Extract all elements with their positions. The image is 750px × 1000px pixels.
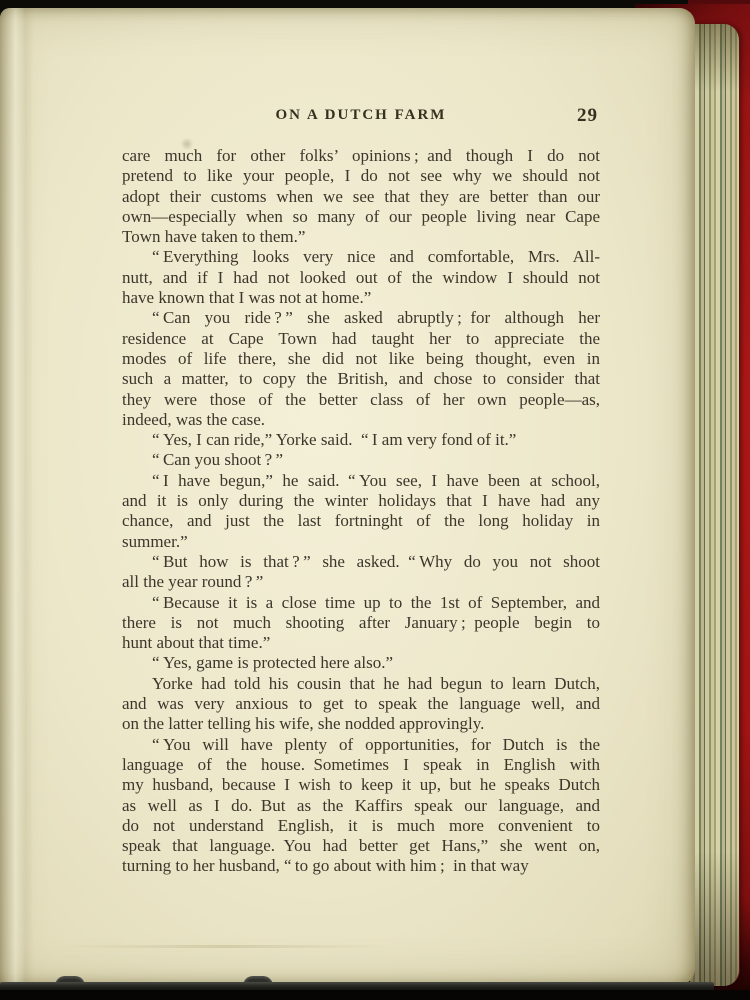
page-stack-fore-edge <box>690 24 740 986</box>
paragraph: “ Yes, game is protected here also.” <box>122 653 600 673</box>
text-line: “ Because it is a close time up to the 1… <box>122 593 600 613</box>
text-line: “ Can you shoot ? ” <box>122 450 600 470</box>
text-line: and was very anxious to get to speak the… <box>122 694 600 714</box>
text-line: speak that language. You had better get … <box>122 836 600 856</box>
text-line: adopt their customs when we see that the… <box>122 187 600 207</box>
text-line: have known that I was not at home.” <box>122 288 600 308</box>
text-line: language of the house. Sometimes I speak… <box>122 755 600 775</box>
paragraph: “ Because it is a close time up to the 1… <box>122 593 600 654</box>
text-line: own—especially when so many of our peopl… <box>122 207 600 227</box>
text-line: “ Yes, I can ride,” Yorke said. “ I am v… <box>122 430 600 450</box>
text-line: as well as I do. But as the Kaffirs spea… <box>122 796 600 816</box>
paragraph: care much for other folks’ opinions ; an… <box>122 146 600 247</box>
scanner-bed <box>0 990 750 1000</box>
text-line: Town have taken to them.” <box>122 227 600 247</box>
text-line: they were those of the better class of h… <box>122 390 600 410</box>
paragraph: “ I have begun,” he said. “ You see, I h… <box>122 471 600 552</box>
running-head-title: ON A DUTCH FARM <box>122 107 600 124</box>
paragraph: “ Yes, I can ride,” Yorke said. “ I am v… <box>122 430 600 450</box>
text-line: my husband, because I wish to keep it up… <box>122 775 600 795</box>
paragraph: “ You will have plenty of opportunities,… <box>122 735 600 877</box>
page-number: 29 <box>577 105 598 127</box>
text-line: summer.” <box>122 532 600 552</box>
paragraph: “ But how is that ? ” she asked. “ Why d… <box>122 552 600 593</box>
text-line: “ I have begun,” he said. “ You see, I h… <box>122 471 600 491</box>
text-line: “ Everything looks very nice and comfort… <box>122 247 600 267</box>
text-line: and it is only during the winter holiday… <box>122 491 600 511</box>
text-line: care much for other folks’ opinions ; an… <box>122 146 600 166</box>
text-line: “ Can you ride ? ” she asked abruptly ; … <box>122 308 600 328</box>
text-line: pretend to like your people, I do not se… <box>122 166 600 186</box>
text-line: Yorke had told his cousin that he had be… <box>122 674 600 694</box>
text-line: on the latter telling his wife, she nodd… <box>122 714 600 734</box>
text-line: chance, and just the last fortninght of … <box>122 511 600 531</box>
text-line: turning to her husband, “ to go about wi… <box>122 856 600 876</box>
running-head: ON A DUTCH FARM 29 <box>122 107 600 131</box>
text-line: “ Yes, game is protected here also.” <box>122 653 600 673</box>
text-line: all the year round ? ” <box>122 572 600 592</box>
text-line: hunt about that time.” <box>122 633 600 653</box>
text-line: there is not much shooting after January… <box>122 613 600 633</box>
text-block: care much for other folks’ opinions ; an… <box>122 146 600 877</box>
text-line: such a matter, to copy the British, and … <box>122 369 600 389</box>
paragraph: “ Can you ride ? ” she asked abruptly ; … <box>122 308 600 430</box>
book-scan: ON A DUTCH FARM 29 care much for other f… <box>0 0 750 1000</box>
text-line: nutt, and if I had not looked out of the… <box>122 268 600 288</box>
text-line: modes of life there, she did not like be… <box>122 349 600 369</box>
text-line: residence at Cape Town had taught her to… <box>122 329 600 349</box>
scan-artifact <box>60 945 390 948</box>
paragraph: Yorke had told his cousin that he had be… <box>122 674 600 735</box>
text-line: “ You will have plenty of opportunities,… <box>122 735 600 755</box>
text-line: “ But how is that ? ” she asked. “ Why d… <box>122 552 600 572</box>
book-page: ON A DUTCH FARM 29 care much for other f… <box>0 8 695 986</box>
paragraph: “ Can you shoot ? ” <box>122 450 600 470</box>
text-line: do not understand English, it is much mo… <box>122 816 600 836</box>
text-line: indeed, was the case. <box>122 410 600 430</box>
paragraph: “ Everything looks very nice and comfort… <box>122 247 600 308</box>
